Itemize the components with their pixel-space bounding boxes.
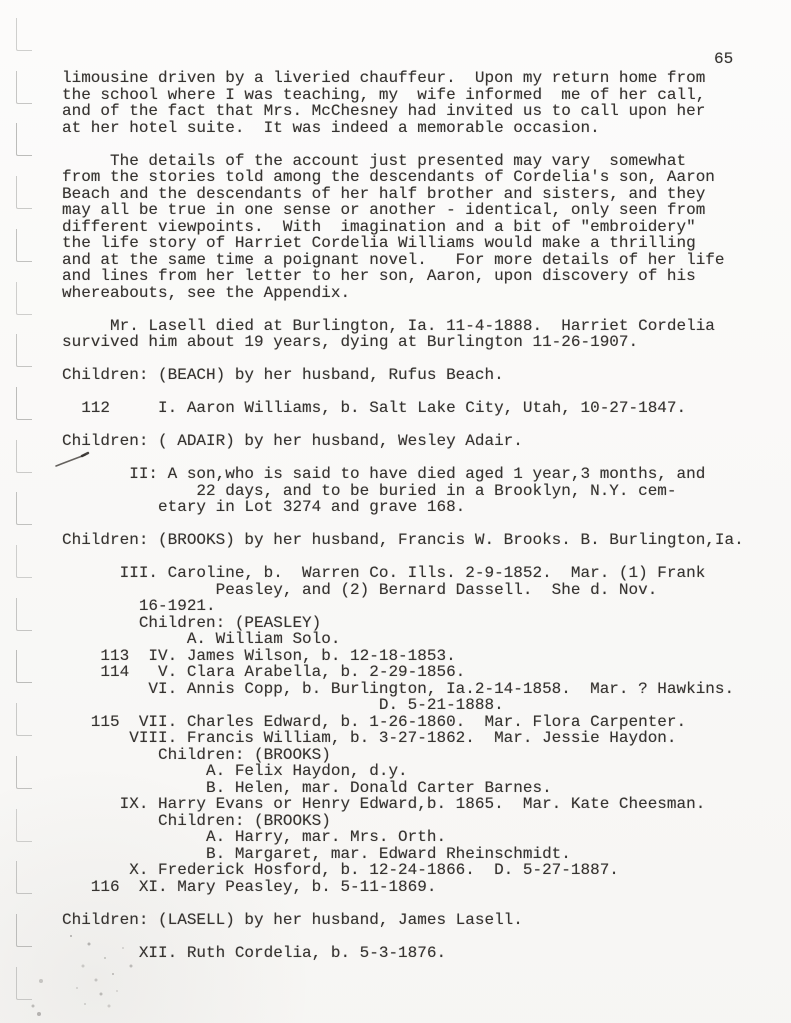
text-line: the life story of Harriet Cordelia Willi… (62, 235, 744, 252)
text-line: and lines from her letter to her son, Aa… (62, 268, 744, 285)
intro-paragraph: limousine driven by a liveried chauffeur… (62, 70, 744, 136)
binding-mark-icon (16, 71, 32, 104)
children-lasell-heading: Children: (LASELL) by her husband, James… (62, 912, 744, 929)
text-line: VIII. Francis William, b. 3-27-1862. Mar… (62, 730, 744, 747)
text-line: 114 V. Clara Arabella, b. 2-29-1856. (62, 664, 744, 681)
text-line: X. Frederick Hosford, b. 12-24-1866. D. … (62, 862, 744, 879)
text-line: D. 5-21-1888. (62, 697, 744, 714)
text-line: Children: ( ADAIR) by her husband, Wesle… (62, 433, 744, 450)
lasell-death-paragraph: Mr. Lasell died at Burlington, Ia. 11-4-… (62, 318, 744, 351)
binding-mark-icon (16, 703, 32, 736)
binding-mark-icon (16, 492, 32, 525)
child-entry-i: 112 I. Aaron Williams, b. Salt Lake City… (62, 400, 744, 417)
text-line: III. Caroline, b. Warren Co. Ills. 2-9-1… (62, 565, 744, 582)
photocopy-speckle-smudge-icon (70, 935, 72, 937)
text-line: 22 days, and to be buried in a Brooklyn,… (62, 483, 744, 500)
binding-mark-icon (16, 914, 32, 947)
binding-mark-icon (16, 229, 32, 262)
text-line: whereabouts, see the Appendix. (62, 285, 744, 302)
binding-mark-icon (16, 334, 32, 367)
text-line: different viewpoints. With imagination a… (62, 219, 744, 236)
binding-mark-icon (16, 650, 32, 683)
text-line: Children: (PEASLEY) (62, 615, 744, 632)
binding-mark-icon (16, 18, 32, 51)
text-line: A. William Solo. (62, 631, 744, 648)
text-line: 116 XI. Mary Peasley, b. 5-11-1869. (62, 879, 744, 896)
document-blocks: limousine driven by a liveried chauffeur… (62, 70, 744, 961)
text-line: IX. Harry Evans or Henry Edward,b. 1865.… (62, 796, 744, 813)
text-line: etary in Lot 3274 and grave 168. (62, 499, 744, 516)
text-line: B. Helen, mar. Donald Carter Barnes. (62, 780, 744, 797)
text-line: A. Harry, mar. Mrs. Orth. (62, 829, 744, 846)
children-brooks-entries: III. Caroline, b. Warren Co. Ills. 2-9-1… (62, 565, 744, 895)
binding-mark-icon (16, 598, 32, 631)
binding-mark-icon (16, 440, 32, 473)
text-line: 113 IV. James Wilson, b. 12-18-1853. (62, 648, 744, 665)
binding-mark-icon (16, 176, 32, 209)
text-line: and of the fact that Mrs. McChesney had … (62, 103, 744, 120)
text-line: Mr. Lasell died at Burlington, Ia. 11-4-… (62, 318, 744, 335)
text-line: Children: (BROOKS) (62, 813, 744, 830)
text-line: A. Felix Haydon, d.y. (62, 763, 744, 780)
binding-mark-icon (16, 282, 32, 315)
binding-mark-icon (16, 967, 32, 1000)
text-line: limousine driven by a liveried chauffeur… (62, 70, 744, 87)
text-line: the school where I was teaching, my wife… (62, 87, 744, 104)
child-entry-ii: II: A son,who is said to have died aged … (62, 466, 744, 516)
children-brooks-heading: Children: (BROOKS) by her husband, Franc… (62, 532, 744, 549)
account-paragraph: The details of the account just presente… (62, 153, 744, 302)
text-line: The details of the account just presente… (62, 153, 744, 170)
text-line: Children: (LASELL) by her husband, James… (62, 912, 744, 929)
text-line: XII. Ruth Cordelia, b. 5-3-1876. (62, 945, 744, 962)
text-line: survived him about 19 years, dying at Bu… (62, 334, 744, 351)
text-line: Children: (BEACH) by her husband, Rufus … (62, 367, 744, 384)
children-adair-heading: Children: ( ADAIR) by her husband, Wesle… (62, 433, 744, 450)
text-line: Children: (BROOKS) (62, 747, 744, 764)
handwritten-tick-icon (54, 449, 94, 476)
text-line: Peasley, and (2) Bernard Dassell. She d.… (62, 582, 744, 599)
binding-mark-icon (16, 756, 32, 789)
text-line: from the stories told among the descenda… (62, 169, 744, 186)
text-line: at her hotel suite. It was indeed a memo… (62, 120, 744, 137)
child-entry-xii: XII. Ruth Cordelia, b. 5-3-1876. (62, 945, 744, 962)
binding-mark-icon (16, 545, 32, 578)
children-beach-heading: Children: (BEACH) by her husband, Rufus … (62, 367, 744, 384)
binding-mark-icon (16, 123, 32, 156)
binding-mark-icon (16, 861, 32, 894)
text-line: and at the same time a poignant novel. F… (62, 252, 744, 269)
binding-mark-icon (16, 387, 32, 420)
text-line: II: A son,who is said to have died aged … (62, 466, 744, 483)
text-line: 115 VII. Charles Edward, b. 1-26-1860. M… (62, 714, 744, 731)
text-line: 112 I. Aaron Williams, b. Salt Lake City… (62, 400, 744, 417)
text-line: may all be true in one sense or another … (62, 202, 744, 219)
text-line: Beach and the descendants of her half br… (62, 186, 744, 203)
scanned-page: 65 limousine driven by a liveried chauff… (0, 0, 791, 1023)
text-line: Children: (BROOKS) by her husband, Franc… (62, 532, 744, 549)
page-number: 65 (714, 50, 733, 68)
text-line: B. Margaret, mar. Edward Rheinschmidt. (62, 846, 744, 863)
binding-mark-icon (16, 809, 32, 842)
text-line: 16-1921. (62, 598, 744, 615)
text-line: VI. Annis Copp, b. Burlington, Ia.2-14-1… (62, 681, 744, 698)
